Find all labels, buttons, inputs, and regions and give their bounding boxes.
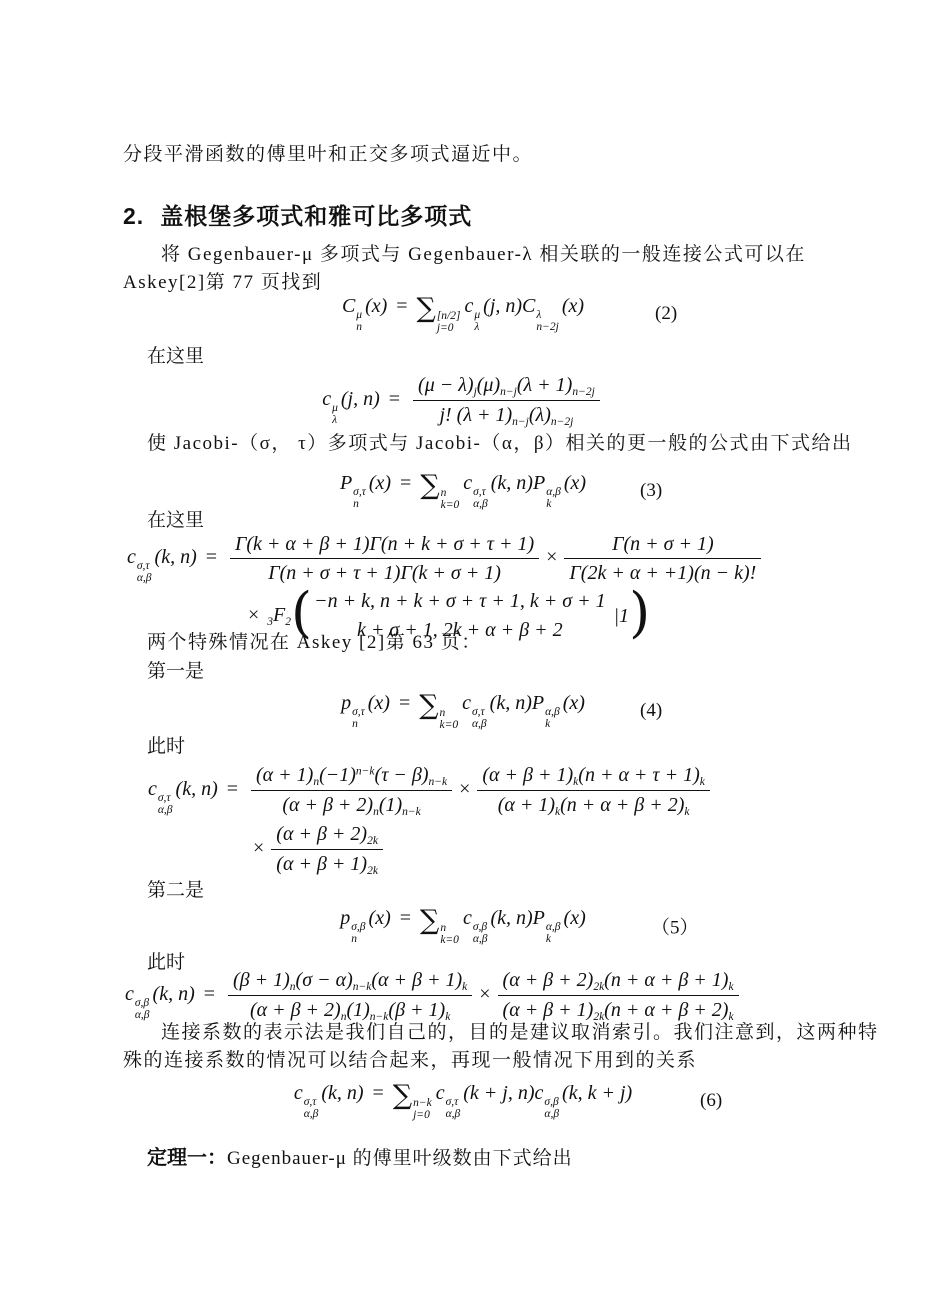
theorem-text: Gegenbauer-μ 的傅里叶级数由下式给出: [227, 1148, 573, 1169]
pochhammer-group: (α + β + 2)2k: [503, 969, 605, 991]
equals-sign: =: [400, 472, 411, 494]
pochhammer-group: (α + β + 1)k: [371, 969, 467, 991]
fraction: (μ − λ)j(μ)n−j(λ + 1)n−2jj! (λ + 1)n−j(λ…: [413, 372, 600, 428]
paragraph-2-line-2: 殊的连接系数的情况可以结合起来，再现一般情况下用到的关系: [123, 1049, 697, 1073]
coeff-c-1: cσ,τα,β(k + j, n): [436, 1082, 535, 1104]
theorem-label: 定理一：: [147, 1147, 227, 1169]
here-label-2: 在这里: [147, 505, 204, 532]
equals-sign: =: [389, 388, 400, 410]
paragraph-2-line-1: 连接系数的表示法是我们自己的，目的是建议取消索引。我们注意到，这两种特: [161, 1021, 879, 1045]
equation-3: Pσ,τn(x)=∑nk=0cσ,τα,β(k, n)Pα,βk(x) (3): [123, 470, 803, 511]
fraction-1: (β + 1)n(σ − α)n−k(α + β + 1)k(α + β + 2…: [228, 967, 472, 1023]
equals-sign: =: [373, 1082, 384, 1104]
right-paren: ): [629, 581, 650, 644]
pochhammer-group: (α + 1)n: [256, 764, 319, 786]
pochhammer-group: (α + β + 2)n: [282, 794, 379, 816]
pochhammer-group: (n + α + β + 2)k: [604, 999, 733, 1021]
lhs-p: pσ,βn(x): [340, 907, 390, 929]
equation-number: (4): [640, 700, 662, 722]
times-sign: ×: [459, 778, 470, 800]
pochhammer-group: (λ)n−2j: [529, 404, 573, 426]
fraction-3: (α + β + 2)2k(α + β + 1)2k: [271, 821, 383, 877]
document-page: 分段平滑函数的傅里叶和正交多项式逼近中。 2.盖根堡多项式和雅可比多项式 将 G…: [0, 0, 926, 1309]
pochhammer-group: (n + α + β + 1)k: [604, 969, 733, 991]
sum-symbol: ∑: [419, 690, 438, 721]
pochhammer-group: (σ − α)n−k: [296, 969, 372, 991]
equation-6: cσ,τα,β(k, n)=∑n−kj=0cσ,τα,β(k + j, n)cσ…: [123, 1080, 803, 1121]
section-number: 2.: [123, 203, 144, 229]
gamma-fraction-1: Γ(k + α + β + 1)Γ(n + k + σ + τ + 1)Γ(n …: [230, 531, 539, 586]
coeff-c: cμλ(j, n): [464, 295, 522, 317]
pochhammer-group: (τ − β)n−k: [375, 764, 448, 786]
gegenbauer-C: Cλn−2j(x): [522, 295, 584, 317]
pochhammer-group: (λ + 1)n−2j: [517, 374, 595, 396]
lhs-p: pσ,τn(x): [341, 692, 390, 714]
lhs-c: cσ,τα,β(k, n): [148, 778, 218, 800]
coeff-c-2: cσ,βα,β(k, k + j): [535, 1082, 633, 1104]
pochhammer-group: (α + 1)k: [498, 794, 560, 816]
equation-number: (2): [655, 303, 677, 325]
fraction-2: (α + β + 1)k(n + α + τ + 1)k(α + 1)k(n +…: [477, 762, 709, 818]
gamma-fraction-2: Γ(n + σ + 1)Γ(2k + α + +1)(n − k)!: [564, 531, 761, 586]
lhs-P: Pσ,τn(x): [340, 472, 391, 494]
coeff-c: cσ,τα,β(k, n): [463, 472, 533, 494]
equation-c-case1-line-2: ×(α + β + 2)2k(α + β + 1)2k: [250, 821, 387, 877]
equation-c-case1-line-1: cσ,τα,β(k, n)=(α + 1)n(−1)n−k(τ − β)n−k(…: [148, 762, 714, 818]
hypergeometric-3F2: 3F2: [267, 604, 291, 626]
equation-number: （5）: [651, 912, 699, 939]
pochhammer-group: (n + α + τ + 1)k: [578, 764, 705, 786]
equation-5: pσ,βn(x)=∑nk=0cσ,βα,β(k, n)Pα,βk(x) （5）: [123, 905, 803, 946]
theorem-line: 定理一：Gegenbauer-μ 的傅里叶级数由下式给出: [147, 1141, 573, 1170]
second-is-label: 第二是: [147, 875, 204, 902]
times-sign: ×: [479, 983, 490, 1005]
fraction-2: (α + β + 2)2k(n + α + β + 1)k(α + β + 1)…: [498, 967, 739, 1023]
sum-symbol: ∑: [417, 293, 436, 324]
then-label-1: 此时: [147, 731, 185, 758]
jacobi-P: Pα,βk(x): [532, 692, 585, 714]
equation-c-mu-lambda: cμλ(j, n)=(μ − λ)j(μ)n−j(λ + 1)n−2jj! (λ…: [123, 372, 803, 428]
pochhammer-group: (α + β + 1)k: [482, 764, 578, 786]
lhs-c: cμλ(j, n): [322, 388, 380, 410]
sum-symbol: ∑: [420, 905, 439, 936]
argument-bar: |1: [614, 605, 630, 627]
pochhammer-group: (1)n−k: [346, 999, 388, 1021]
pochhammer-group: j! (λ + 1)n−j: [439, 404, 528, 426]
coeff-c: cσ,βα,β(k, n): [463, 907, 533, 929]
equals-sign: =: [400, 907, 411, 929]
two-cases-line: 两个特殊情况在 Askey [2]第 63 页：: [147, 631, 482, 655]
lhs-c: cσ,τα,β(k, n): [127, 546, 197, 568]
pochhammer-group: (α + β + 2)2k: [276, 823, 378, 845]
paragraph-1-line-2: Askey[2]第 77 页找到: [123, 271, 322, 295]
equation-2: Cμn(x)=∑[n/2]j=0cμλ(j, n)Cλn−2j(x) (2): [123, 293, 803, 334]
lhs-C: Cμn(x): [342, 295, 387, 317]
times-sign: ×: [546, 546, 557, 568]
pochhammer-group: (1)n−k: [379, 794, 421, 816]
equation-number: (6): [700, 1090, 722, 1112]
jacobi-P: Pα,βk(x): [533, 907, 586, 929]
fraction-1: (α + 1)n(−1)n−k(τ − β)n−k(α + β + 2)n(1)…: [251, 762, 452, 818]
pochhammer-group: (α + β + 1)2k: [276, 853, 378, 875]
jacobi-sentence: 使 Jacobi-（σ， τ）多项式与 Jacobi-（α，β）相关的更一般的公…: [147, 432, 852, 456]
section-heading: 2.盖根堡多项式和雅可比多项式: [123, 198, 472, 231]
equation-c-case2: cσ,βα,β(k, n)=(β + 1)n(σ − α)n−k(α + β +…: [125, 967, 743, 1023]
lhs-c: cσ,βα,β(k, n): [125, 983, 195, 1005]
equals-sign: =: [204, 983, 215, 1005]
lhs-c: cσ,τα,β(k, n): [294, 1082, 364, 1104]
here-label-1: 在这里: [147, 341, 204, 368]
pochhammer-group: (α + β + 1)2k: [503, 999, 605, 1021]
paragraph-1-line-1: 将 Gegenbauer-μ 多项式与 Gegenbauer-λ 相关联的一般连…: [161, 243, 806, 267]
intro-line: 分段平滑函数的傅里叶和正交多项式逼近中。: [123, 143, 533, 167]
times-sign: ×: [248, 604, 259, 626]
jacobi-P: Pα,βk(x): [533, 472, 586, 494]
power-group: (−1)n−k: [319, 764, 374, 786]
equals-sign: =: [396, 295, 407, 317]
sum-symbol: ∑: [393, 1080, 412, 1111]
coeff-c: cσ,τα,β(k, n): [462, 692, 532, 714]
pochhammer-group: (α + β + 2)n: [250, 999, 347, 1021]
equation-number: (3): [640, 480, 662, 502]
equals-sign: =: [399, 692, 410, 714]
equals-sign: =: [206, 546, 217, 568]
equation-4: pσ,τn(x)=∑nk=0cσ,τα,β(k, n)Pα,βk(x) (4): [123, 690, 803, 731]
first-is-label: 第一是: [147, 656, 204, 683]
pochhammer-group: (β + 1)k: [388, 999, 450, 1021]
pochhammer-group: (μ − λ)j: [418, 374, 477, 396]
equation-c-sigma-tau-line-1: cσ,τα,β(k, n)=Γ(k + α + β + 1)Γ(n + k + …: [127, 531, 765, 586]
pochhammer-group: (β + 1)n: [233, 969, 296, 991]
sum-symbol: ∑: [420, 470, 439, 501]
pochhammer-group: (n + α + β + 2)k: [560, 794, 689, 816]
section-title: 盖根堡多项式和雅可比多项式: [160, 203, 472, 229]
times-sign: ×: [253, 837, 264, 859]
pochhammer-group: (μ)n−j: [477, 374, 517, 396]
equals-sign: =: [227, 778, 238, 800]
